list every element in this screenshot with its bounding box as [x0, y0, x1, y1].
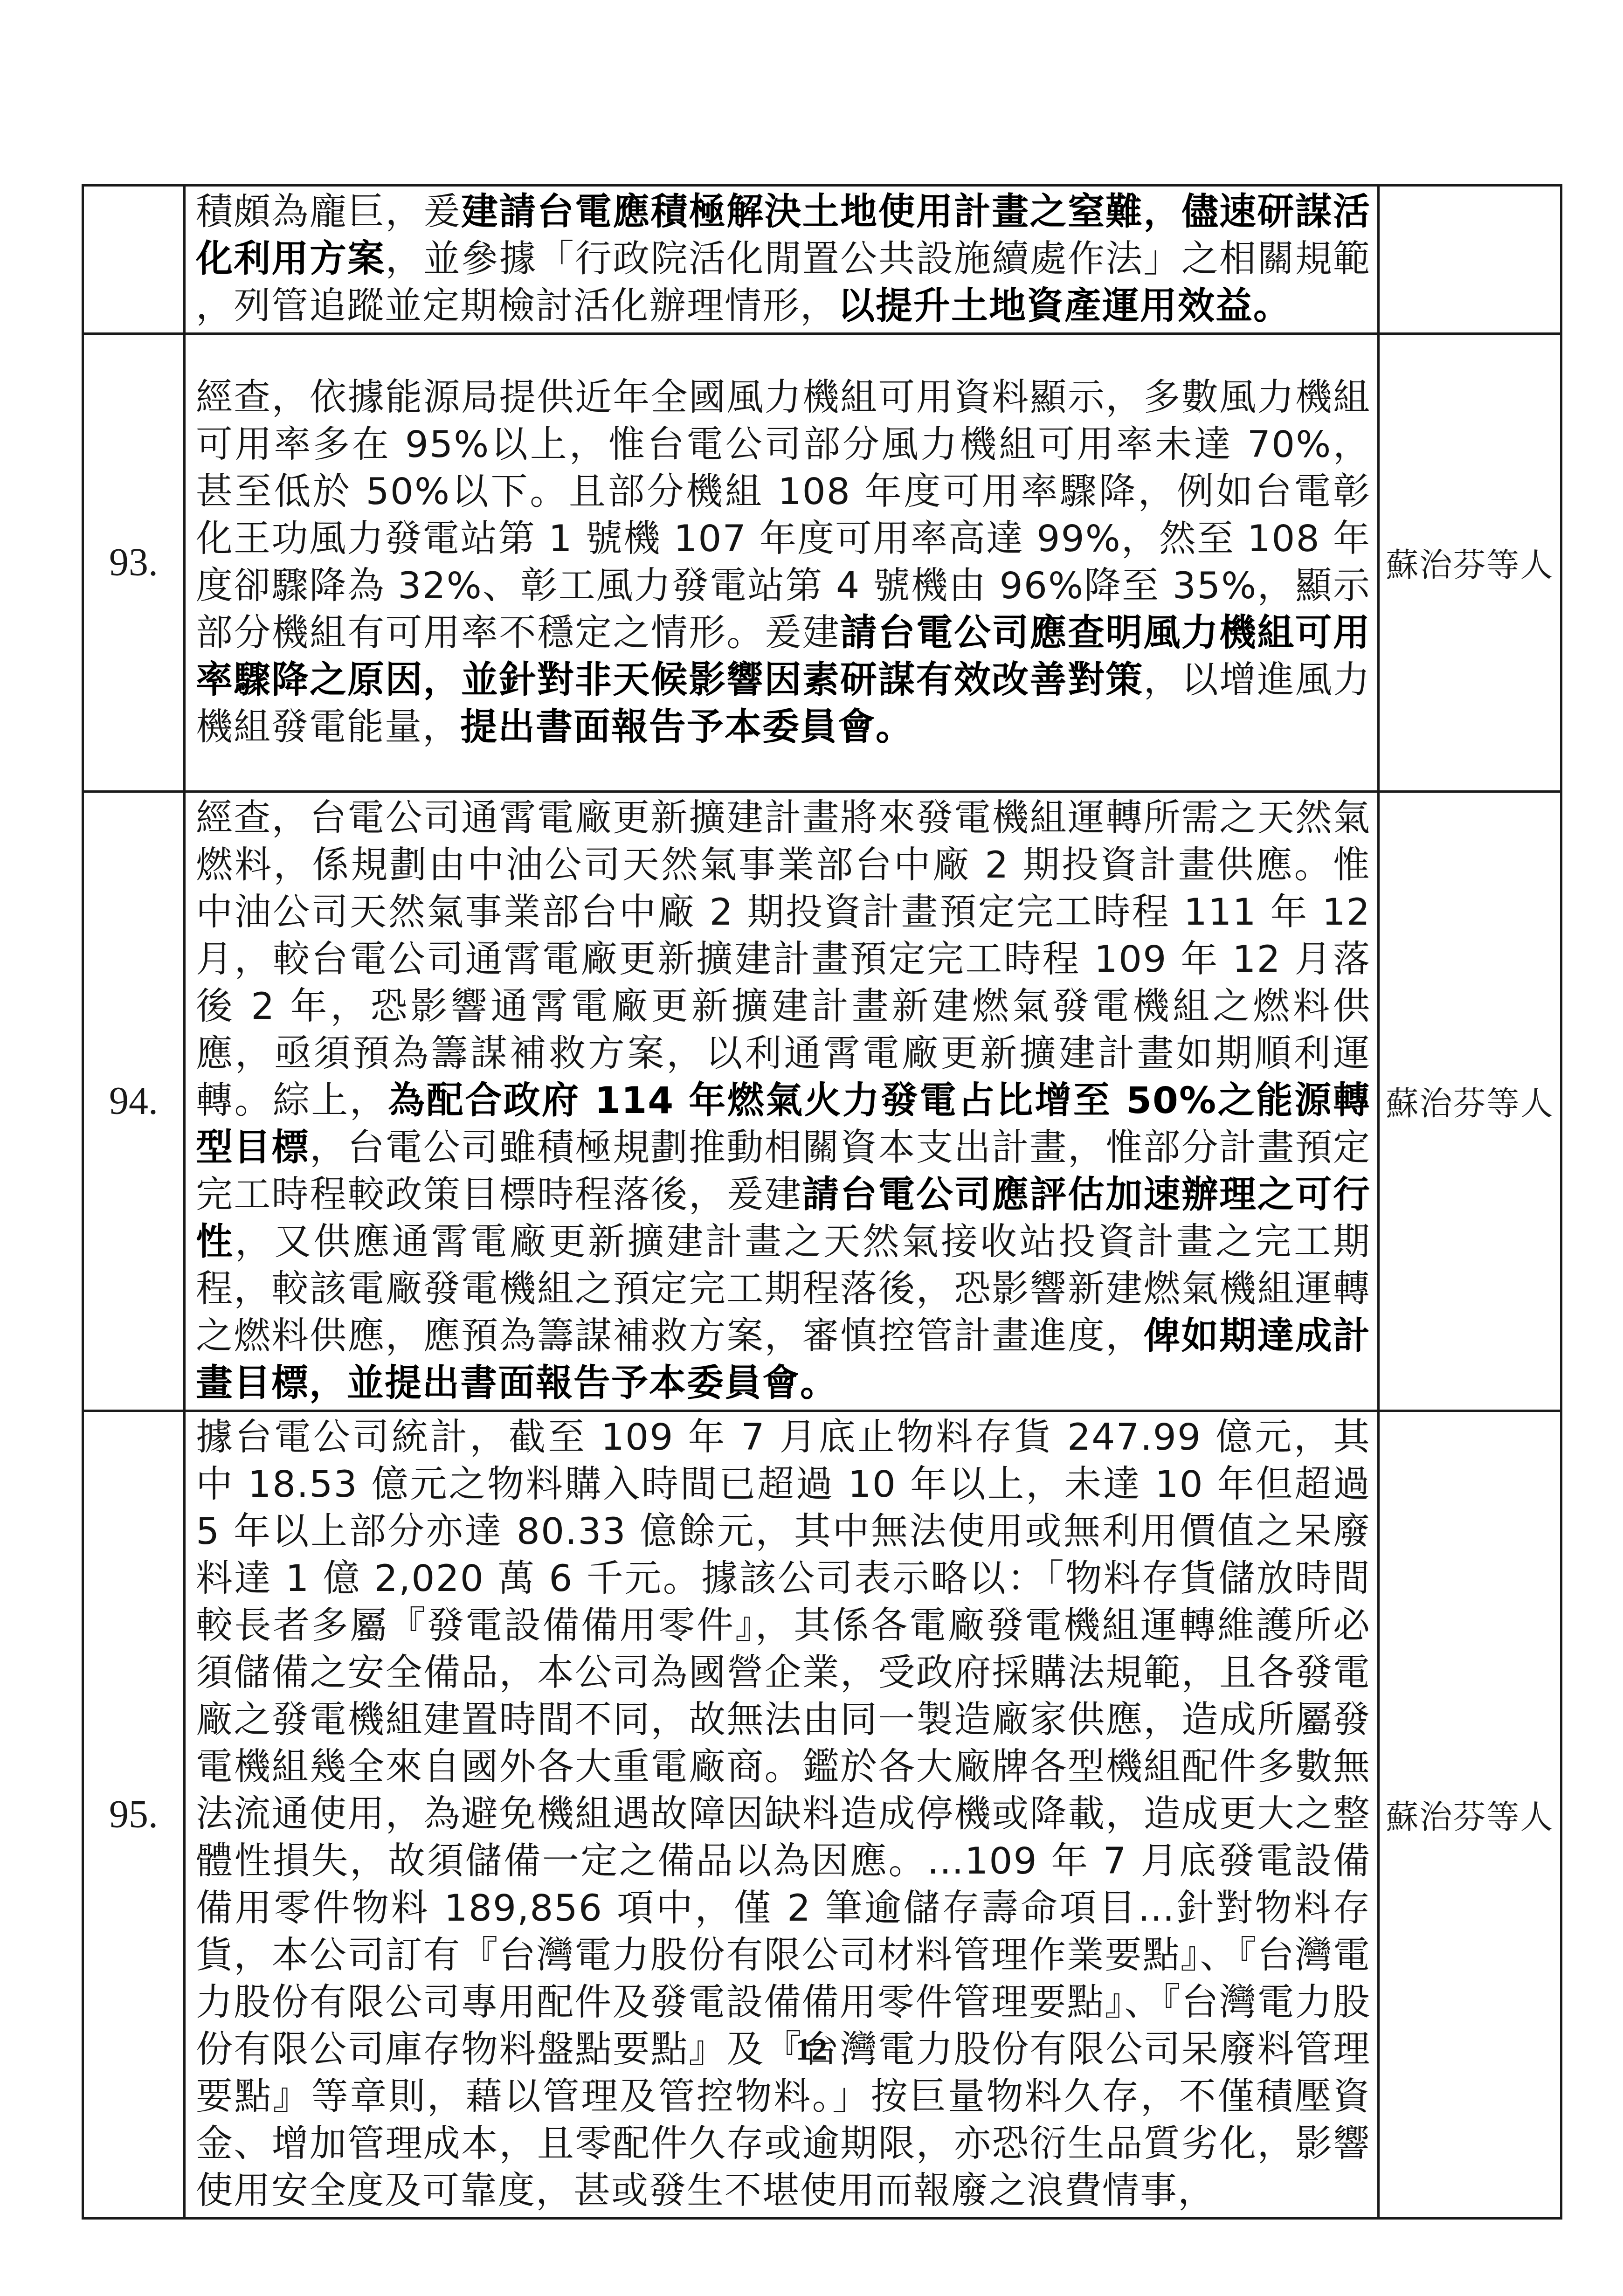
item-proposer: 蘇治芬等人	[1379, 792, 1561, 1411]
table-row-continued: 積頗為龐巨，爰建請台電應積極解決土地使用計畫之窒難，儘速研謀活化利用方案，並參據…	[83, 186, 1561, 334]
item-content: 經查，依據能源局提供近年全國風力機組可用資料顯示，多數風力機組可用率多在 95%…	[185, 334, 1379, 792]
item-proposer: 蘇治芬等人	[1379, 334, 1561, 792]
content-segment: 據台電公司統計，截至 109 年 7 月底止物料存貨 247.99 億元，其中 …	[196, 1416, 1371, 2212]
page-number: 12	[0, 2031, 1623, 2068]
table-row-94: 94. 經查，台電公司通霄電廠更新擴建計畫將來發電機組運轉所需之天然氣燃料，係規…	[83, 792, 1561, 1411]
item-content: 經查，台電公司通霄電廠更新擴建計畫將來發電機組運轉所需之天然氣燃料，係規劃由中油…	[185, 792, 1379, 1411]
item-content: 據台電公司統計，截至 109 年 7 月底止物料存貨 247.99 億元，其中 …	[185, 1411, 1379, 2219]
table-row-93: 93. 經查，依據能源局提供近年全國風力機組可用資料顯示，多數風力機組可用率多在…	[83, 334, 1561, 792]
content-segment: 經查，台電公司通霄電廠更新擴建計畫將來發電機組運轉所需之天然氣燃料，係規劃由中油…	[196, 796, 1371, 1122]
content-segment: 積頗為龐巨，爰	[196, 190, 461, 233]
item-proposer: 蘇治芬等人	[1379, 1411, 1561, 2219]
item-number	[83, 186, 185, 334]
item-number: 93.	[83, 334, 185, 792]
content-segment-bold: 以提升土地資產運用效益。	[838, 284, 1291, 327]
item-proposer	[1379, 186, 1561, 334]
item-number: 94.	[83, 792, 185, 1411]
item-content: 積頗為龐巨，爰建請台電應積極解決土地使用計畫之窒難，儘速研謀活化利用方案，並參據…	[185, 186, 1379, 334]
item-number: 95.	[83, 1411, 185, 2219]
document-page: 積頗為龐巨，爰建請台電應積極解決土地使用計畫之窒難，儘速研謀活化利用方案，並參據…	[0, 0, 1623, 2296]
content-segment-bold: 提出書面報告予本委員會。	[460, 705, 913, 748]
resolutions-table: 積頗為龐巨，爰建請台電應積極解決土地使用計畫之窒難，儘速研謀活化利用方案，並參據…	[82, 184, 1562, 2220]
table-row-95: 95. 據台電公司統計，截至 109 年 7 月底止物料存貨 247.99 億元…	[83, 1411, 1561, 2219]
